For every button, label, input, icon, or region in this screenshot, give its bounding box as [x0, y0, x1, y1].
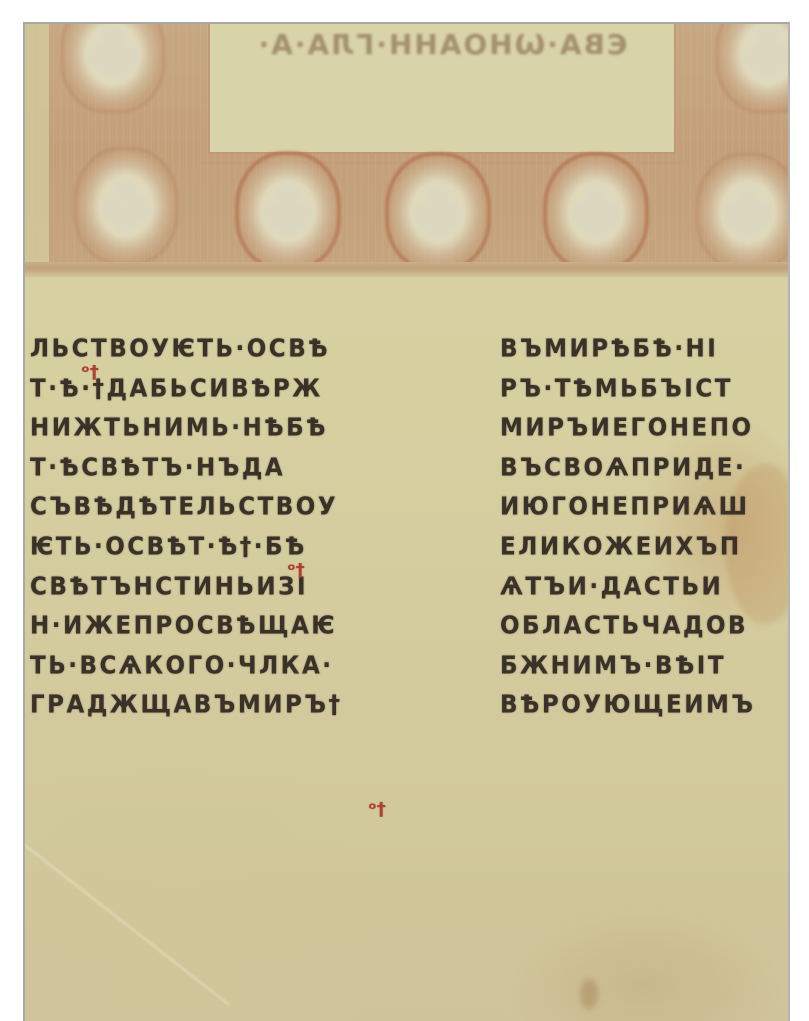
ornament-medallion: [695, 152, 790, 272]
manuscript-line: ВѢРОУЮЩЕИМЪ: [500, 685, 790, 726]
manuscript-line: ОБЛАСТЬЧАДОВ: [500, 606, 790, 649]
manuscript-line: ВЪМИРѢБѢ·НІ: [500, 330, 790, 371]
trefoil-icon: [740, 23, 790, 85]
manuscript-line: ТЬ·ВСѦКОГО·ЧЛКА·: [30, 645, 410, 688]
manuscript-line: РЪ·ТѢМЬБЪІСТ: [500, 368, 790, 411]
trefoil-icon: [85, 23, 141, 85]
text-column-left: ЛЬСТВОУѤТЬ·ОСВѢ Т·Ѣ·†ДАБЬСИВѢРЖ НИЖТЬНИМ…: [30, 330, 410, 726]
rubric-mark: ᵒ†: [81, 362, 99, 383]
manuscript-line: ѦТЪИ·ДАСТЬИ: [500, 566, 790, 609]
trefoil-icon: [260, 180, 316, 242]
ornament-medallion: [60, 22, 166, 114]
ornament-medallion: [73, 146, 179, 266]
manuscript-line: ѤТЬ·ОСВѢТ·Ѣ†·БѢ: [30, 526, 410, 569]
manuscript-line: ВЪСВОѦПРИДЕ·: [500, 447, 790, 490]
text-column-right: ВЪМИРѢБѢ·НІ РЪ·ТѢМЬБЪІСТ МИРЪИЕГОНЕПО ВЪ…: [500, 330, 790, 726]
manuscript-line: СЪВѢДѢТЕЛЬСТВОУ: [30, 487, 410, 530]
trefoil-icon: [410, 181, 466, 243]
trefoil-icon: [98, 175, 154, 237]
ornament-medallion: [543, 152, 649, 272]
trefoil-icon: [568, 181, 624, 243]
ornament-medallion: [715, 22, 790, 114]
manuscript-photo: ЄВА·ѠНОАНН·ГЛА·А· ЛЬСТВОУѤТЬ·ОСВѢ Т·Ѣ·†Д…: [23, 22, 790, 1021]
manuscript-line: Н·ИЖЕПРОСВѢЩАѤ: [30, 606, 410, 649]
ornament-medallion: [385, 152, 491, 272]
ornament-medallion: [235, 151, 341, 271]
manuscript-line: СВѢТЪНСТИНЬИЗІ: [30, 566, 410, 609]
header-title-panel: ЄВА·ѠНОАНН·ГЛА·А·: [208, 24, 676, 154]
parchment-stain: [580, 979, 598, 1009]
parchment-crease: [24, 844, 230, 1006]
manuscript-line: МИРЪИЕГОНЕПО: [500, 408, 790, 451]
manuscript-line: НИЖТЬНИМЬ·НѢБѢ: [30, 408, 410, 451]
manuscript-line: ГРАДЖЩАВЪМИРЪ†: [30, 685, 410, 728]
illuminated-header-band: ЄВА·ѠНОАНН·ГЛА·А·: [25, 24, 788, 277]
rubric-mark: ᵒ†: [287, 560, 305, 581]
manuscript-line: ИЮГОНЕПРИѦШ: [500, 487, 790, 530]
manuscript-line: Т·ѢСВѢТЪ·НЪДА: [30, 447, 410, 490]
ornament-bottom-rule: [25, 262, 788, 277]
parchment-margin: [25, 24, 49, 277]
manuscript-line: БЖНИМЪ·ВѢІТ: [500, 645, 790, 688]
mirrored-showthrough-text: ЄВА·ѠНОАНН·ГЛА·А·: [210, 28, 674, 61]
rubric-mark: ᵒ†: [368, 799, 386, 820]
manuscript-line: ЕЛИКОЖЕИХЪП: [500, 526, 790, 569]
trefoil-icon: [720, 181, 776, 243]
